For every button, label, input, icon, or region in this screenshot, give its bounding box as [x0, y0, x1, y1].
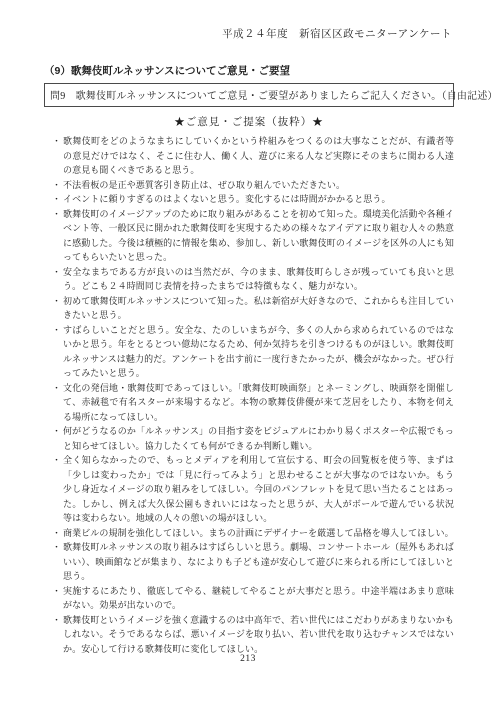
comment-item: 安全なまちである方が良いのは当然だが、今のまま、歌舞伎町らしさが残っていても良い… [54, 265, 454, 294]
document-page: 平成２４年度 新宿区区政モニターアンケート （9）歌舞伎町ルネッサンスについてご… [0, 0, 496, 702]
comment-item: 文化の発信地・歌舞伎町であってほしい。「歌舞伎町映画祭」とネーミングし、映画祭を… [54, 381, 454, 425]
comment-item: 不法看板の是正や悪質客引き防止は、ぜひ取り組んでいただきたい。 [54, 178, 454, 193]
comment-item: 歌舞伎町というイメージを強く意識するのは中高年で、若い世代にはこだわりがあまりな… [54, 613, 454, 657]
comment-item: 何がどうなるのか「ルネッサンス」の目指す姿をビジュアルにわかり易くポスターや広報… [54, 424, 454, 453]
comment-item: 初めて歌舞伎町ルネッサンスについて知った。私は新宿が大好きなので、これからも注目… [54, 294, 454, 323]
comment-item: 歌舞伎町ルネッサンスの取り組みはすばらしいと思う。劇場、コンサートホール（屋外も… [54, 540, 454, 584]
comment-item: 歌舞伎町のイメージアップのために取り組みがあることを初めて知った。環境美化活動や… [54, 207, 454, 265]
section-heading: （9）歌舞伎町ルネッサンスについてご意見・ご要望 [44, 63, 454, 78]
comment-item: イベントに頼りすぎるのはよくないと思う。変化するには時間がかかると思う。 [54, 192, 454, 207]
comment-item: 実施するにあたり、徹底してやる、継続してやることが大事だと思う。中途半端はあまり… [54, 584, 454, 613]
document-header-title: 平成２４年度 新宿区区政モニターアンケート [44, 26, 452, 41]
question-box: 問9 歌舞伎町ルネッサンスについてご意見・ご要望がありましたらご記入ください。（… [44, 83, 454, 107]
comment-list: 歌舞伎町をどのようなまちにしていくかという枠組みをつくるのは大事なことだが、有識… [44, 134, 454, 656]
question-text: 問9 歌舞伎町ルネッサンスについてご意見・ご要望がありましたらご記入ください。（… [50, 91, 496, 102]
comment-item: 商業ビルの規制を強化してほしい。まちの計画にデザイナーを厳選して品格を導入してほ… [54, 526, 454, 541]
comment-item: 歌舞伎町をどのようなまちにしていくかという枠組みをつくるのは大事なことだが、有識… [54, 134, 454, 178]
comments-subtitle: ★ご意見・ご提案（抜粋）★ [44, 114, 454, 129]
comment-item: 全く知らなかったので、もっとメディアを利用して宣伝する、町会の回覧板を使う等、ま… [54, 453, 454, 526]
page-number: 213 [0, 654, 496, 664]
comment-item: すばらしいことだと思う。安全な、たのしいまちが今、多くの人から求められているので… [54, 323, 454, 381]
